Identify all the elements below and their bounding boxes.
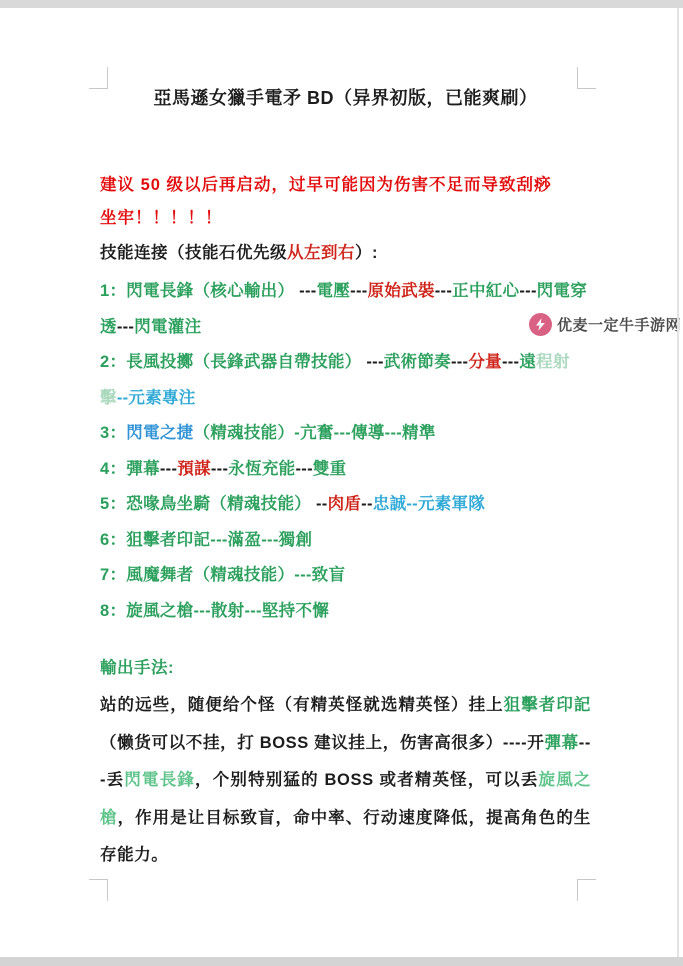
skill-link-list: 1：閃電長鋒（核心輸出） ---電壓---原始武裝---正中紅心---閃電穿透-… (100, 274, 591, 629)
text-segment: --- (451, 353, 468, 371)
text-segment: -- (311, 495, 327, 513)
text-segment: ，作用是让目标致盲，命中率、行动速度降低，提高角色的生存能力。 (100, 809, 591, 865)
text-segment: --- (502, 353, 519, 371)
skill-line-1: 1：閃電長鋒（核心輸出） ---電壓---原始武裝---正中紅心---閃電穿透-… (100, 274, 591, 345)
warning-line: 坐牢！！！！！ (100, 202, 591, 235)
right-page-edge (677, 8, 679, 957)
text-segment: 永恆充能 (228, 460, 295, 478)
text-segment: ，个别特别猛的 BOSS 或者精英怪，可以丢 (195, 771, 538, 789)
text-segment: 7：風魔舞者（精魂技能）---致盲 (100, 566, 345, 584)
text-segment: 肉盾 (328, 495, 362, 513)
text-segment: 5：恐喙鳥坐騎（精魂技能） (100, 495, 311, 513)
text-segment: 3： (100, 424, 126, 442)
text-segment: 彈幕 (544, 734, 578, 752)
text-segment: （懒货可以不挂，打 BOSS 建议挂上，伤害高很多）----开 (100, 734, 544, 752)
text-segment: 原始武裝 (368, 282, 435, 300)
skills-section-heading: 技能连接（技能石优先级从左到右）: (100, 241, 591, 265)
text-segment: 6：狙擊者印記---滿盈---獨創 (100, 531, 312, 549)
text-segment: 狙擊者印記 (504, 696, 591, 714)
text-segment: 閃電之捷 (126, 424, 193, 442)
text-segment: 技能连接（技能石优先级 (100, 244, 287, 262)
text-segment: 閃電長鋒 (124, 771, 195, 789)
margin-mark-top-left (89, 67, 108, 89)
text-segment: 从左到右 (287, 244, 355, 262)
text-segment: 忠誠--元素軍隊 (373, 495, 485, 513)
text-segment: 正中紅心 (452, 282, 519, 300)
skill-line-2: 2：長風投擲（長鋒武器自帶技能） ---武術節奏---分量---遠程射擊--元素… (100, 345, 591, 416)
text-segment: 1：閃電長鋒（核心輸出） (100, 282, 294, 300)
text-segment: 2：長風投擲（長鋒武器自帶技能） (100, 353, 361, 371)
text-segment: --- (117, 318, 134, 336)
text-segment: ）: (355, 244, 378, 262)
text-segment: 武術節奏 (384, 353, 451, 371)
text-segment: 電壓 (317, 282, 351, 300)
bottom-edge-strip (0, 957, 683, 966)
skill-line-4: 4：彈幕---預謀---永恆充能---雙重 (100, 452, 591, 488)
warning-text: 建议 50 级以后再启动，过早可能因为伤害不足而导致刮痧 坐牢！！！！！ (100, 169, 591, 235)
text-segment: 站的远些，随便给个怪（有精英怪就选精英怪）挂上 (100, 696, 504, 714)
warning-line: 建议 50 级以后再启动，过早可能因为伤害不足而导致刮痧 (100, 169, 591, 202)
output-paragraph: 站的远些，随便给个怪（有精英怪就选精英怪）挂上狙擊者印記（懒货可以不挂，打 BO… (100, 687, 591, 875)
page-title: 亞馬遜女獵手電矛 BD（异界初版，已能爽刷） (100, 0, 591, 111)
text-segment: 預謀 (177, 460, 211, 478)
margin-mark-bottom-left (89, 879, 108, 901)
text-segment: --元素專注 (117, 389, 196, 407)
watermark: 优麦一定牛手游网 (527, 311, 683, 338)
text-segment: --- (160, 460, 177, 478)
document-screenshot: { "document": { "title": "亞馬遜女獵手電矛 BD（异界… (0, 0, 683, 966)
margin-mark-bottom-right (577, 879, 596, 901)
text-segment: --- (295, 460, 312, 478)
document-content: 亞馬遜女獵手電矛 BD（异界初版，已能爽刷） 建议 50 级以后再启动，过早可能… (100, 0, 591, 875)
skill-line-6: 6：狙擊者印記---滿盈---獨創 (100, 523, 591, 559)
text-segment: 雙重 (313, 460, 347, 478)
text-segment: 4：彈幕 (100, 460, 160, 478)
text-segment: --- (350, 282, 367, 300)
text-segment: -- (361, 495, 373, 513)
skill-line-3: 3：閃電之捷（精魂技能）-亢奮---傳導---精準 (100, 416, 591, 452)
text-segment: --- (519, 282, 536, 300)
lightning-badge-icon (529, 313, 552, 336)
watermark-text: 优麦一定牛手游网 (557, 314, 681, 335)
top-edge-strip (0, 0, 683, 8)
text-segment: 分量 (468, 353, 502, 371)
skill-line-7: 7：風魔舞者（精魂技能）---致盲 (100, 558, 591, 594)
skill-line-5: 5：恐喙鳥坐騎（精魂技能） --肉盾--忠誠--元素軍隊 (100, 487, 591, 523)
text-segment: 閃電灌注 (134, 318, 201, 336)
skill-line-8: 8：旋風之槍---散射---堅持不懈 (100, 594, 591, 630)
text-segment: （精魂技能）-亢奮---傳導---精準 (193, 424, 435, 442)
text-segment: 遠 (519, 353, 536, 371)
text-segment: --- (294, 282, 316, 300)
text-segment: --- (361, 353, 383, 371)
text-segment: --- (211, 460, 228, 478)
margin-mark-top-right (577, 67, 596, 89)
text-segment: 8：旋風之槍---散射---堅持不懈 (100, 602, 329, 620)
output-section-heading: 輸出手法: (100, 655, 591, 681)
text-segment: --- (435, 282, 452, 300)
